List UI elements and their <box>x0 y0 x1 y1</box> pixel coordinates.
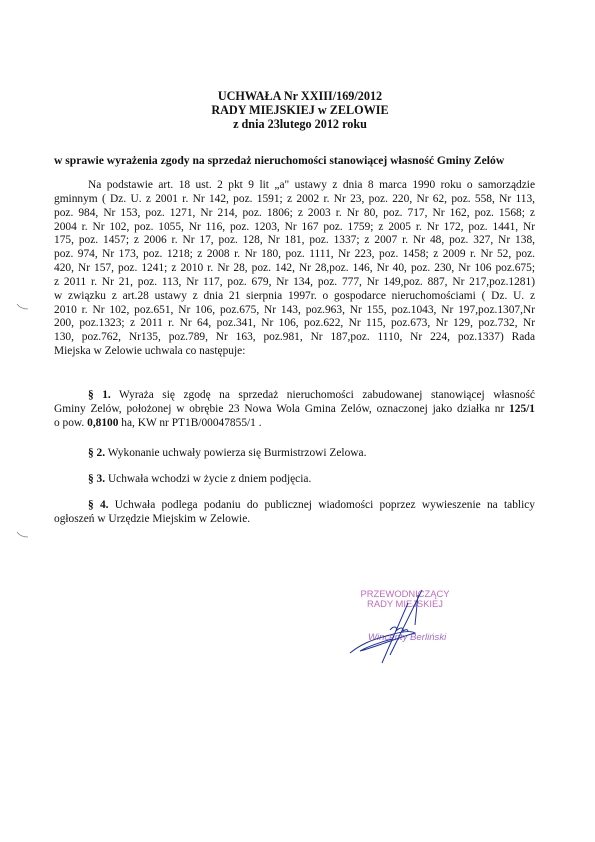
resolution-number: UCHWAŁA Nr XXIII/169/2012 <box>150 89 450 103</box>
section-text: Uchwała wchodzi w życie z dniem podjęcia… <box>105 473 311 485</box>
margin-mark <box>16 303 30 311</box>
section-text: Gminy Zelów, położonej w obrębie 23 Nowa… <box>54 403 509 415</box>
preamble-line: 2004 r. Nr 102, poz. 1055, Nr 116, poz. … <box>54 221 535 235</box>
preamble-line: 130, poz.762, Nr135, poz.789, Nr 163, po… <box>54 331 535 345</box>
preamble-line: w związku z art.28 ustawy z dnia 21 sier… <box>54 290 535 304</box>
section-2: § 2. Wykonanie uchwały powierza się Burm… <box>54 446 535 460</box>
section-4: § 4. Uchwała podlega podaniu do publiczn… <box>54 498 535 526</box>
council-name: RADY MIEJSKIEJ w ZELOWIE <box>150 103 450 117</box>
preamble: Na podstawie art. 18 ust. 2 pkt 9 lit „a… <box>54 179 535 359</box>
preamble-line: poz. 984, Nr 153, poz. 1271, Nr 214, poz… <box>54 207 535 221</box>
section-mark: § 3. <box>88 473 105 485</box>
preamble-line: 2010 r. Nr 102, poz.651, Nr 106, poz.675… <box>54 304 535 318</box>
preamble-line: 175, poz. 1457; z 2006 r. Nr 17, poz. 12… <box>54 234 535 248</box>
section-mark: § 4. <box>88 499 109 511</box>
preamble-line: Na podstawie art. 18 ust. 2 pkt 9 lit „a… <box>54 179 535 193</box>
section-text: Wykonanie uchwały powierza się Burmistrz… <box>105 447 366 459</box>
preamble-line: 420, Nr 157, poz. 1241; z 2010 r. Nr 28,… <box>54 262 535 276</box>
resolution-date: z dnia 23lutego 2012 roku <box>150 117 450 131</box>
preamble-line: z 2011 r. Nr 21, poz. 113, Nr 117, poz. … <box>54 276 535 290</box>
section-1: § 1. Wyraża się zgodę na sprzedaż nieruc… <box>54 388 535 430</box>
parcel-number: 125/1 <box>509 403 535 415</box>
parcel-area: 0,8100 <box>87 417 118 429</box>
section-mark: § 1. <box>88 389 111 401</box>
section-text: Uchwała podlega podaniu do publicznej wi… <box>109 499 535 511</box>
document-page: UCHWAŁA Nr XXIII/169/2012 RADY MIEJSKIEJ… <box>0 0 595 842</box>
preamble-line: 200, poz.1323; z 2011 r. Nr 64, poz.341,… <box>54 317 535 331</box>
section-3: § 3. Uchwała wchodzi w życie z dniem pod… <box>54 472 535 486</box>
preamble-line: gminnym ( Dz. U. z 2001 r. Nr 142, poz. … <box>54 193 535 207</box>
section-text: o pow. <box>54 417 87 429</box>
section-mark: § 2. <box>88 447 105 459</box>
handwritten-signature <box>330 585 460 665</box>
margin-mark <box>16 531 30 539</box>
preamble-line: Miejska w Zelowie uchwala co następuje: <box>54 345 535 359</box>
section-text: ogłoszeń w Urzędzie Miejskim w Zelowie. <box>54 512 535 526</box>
resolution-subject: w sprawie wyrażenia zgody na sprzedaż ni… <box>54 154 554 167</box>
resolution-header: UCHWAŁA Nr XXIII/169/2012 RADY MIEJSKIEJ… <box>150 89 450 131</box>
section-text: Wyraża się zgodę na sprzedaż nieruchomoś… <box>111 389 535 401</box>
section-text: ha, KW nr PT1B/00047855/1 . <box>118 417 261 429</box>
preamble-line: poz. 974, Nr 173, poz. 1218; z 2008 r. N… <box>54 248 535 262</box>
